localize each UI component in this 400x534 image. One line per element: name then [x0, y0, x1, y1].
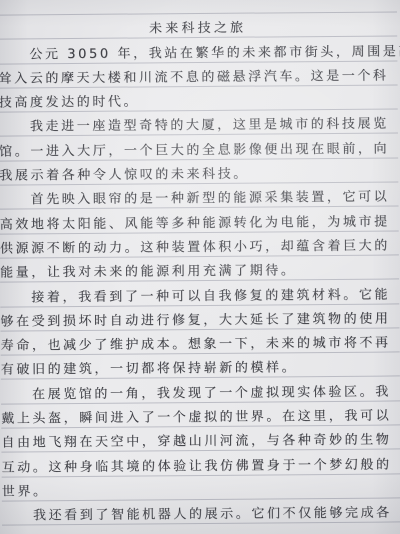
title-row: 未来科技之旅: [0, 12, 397, 39]
essay-line-row: 首先映入眼帘的是一种新型的能源采集装置，它可以: [0, 183, 399, 210]
essay-line-row: 接着，我看到了一种可以自我修复的建筑材料。它能: [0, 280, 399, 307]
essay-line-row: 戴上头盔，瞬间进入了一个虚拟的世界。在这里，我可以: [1, 401, 400, 428]
essay-line-row: 自由地飞翔在天空中，穿越山川河流，与各种奇妙的生物: [1, 425, 400, 452]
essay-line-row: 我走进一座造型奇特的大厦，这里是城市的科技展览: [0, 110, 398, 137]
handwritten-text: 高效地将太阳能、风能等多种能源转化为电能，为城市提: [0, 214, 390, 232]
essay-title: 未来科技之旅: [149, 21, 246, 37]
essay-line-row: 互动。这种身临其境的体验让我仿佛置身于一个梦幻般的: [1, 450, 400, 477]
essay-line-row: 够在受到损坏时自动进行修复，大大延长了建筑物的使用: [0, 304, 399, 331]
handwritten-text: 技高度发达的时代。: [0, 95, 139, 111]
essay-line-row: 高效地将太阳能、风能等多种能源转化为电能，为城市提: [0, 207, 399, 234]
handwritten-text: 世界。: [2, 484, 49, 499]
essay-line-row: 有破旧的建筑，一切都将保持崭新的模样。: [1, 353, 400, 380]
handwritten-text: 供源源不断的动力。这种装置体积小巧，却蕴含着巨大的: [0, 238, 390, 256]
ruled-paper: 未来科技之旅 公元 3050 年，我站在繁华的未来都市街头，周围是高耸入云的摩天…: [0, 0, 400, 534]
essay-line-row: 供源源不断的动力。这种装置体积小巧，却蕴含着巨大的: [0, 231, 399, 258]
essay-line-row: 寿命，也减少了维护成本。想象一下，未来的城市将不再: [0, 328, 399, 355]
handwritten-text: 戴上头盔，瞬间进入了一个虚拟的世界。在这里，我可以: [1, 409, 391, 427]
handwritten-text: 在展览馆的一角，我发现了一个虚拟现实体验区。我: [1, 384, 391, 402]
handwritten-text: 耸入云的摩天大楼和川流不息的磁悬浮汽车。这是一个科: [0, 68, 389, 86]
handwritten-text: 互动。这种身临其境的体验让我仿佛置身于一个梦幻般的: [2, 457, 392, 475]
handwritten-text: 我还看到了智能机器人的展示。它们不仅能够完成各: [2, 506, 392, 524]
handwritten-text: 馆。一进入大厅，一个巨大的全息影像便出现在眼前，向: [0, 141, 389, 159]
essay-line-row: 耸入云的摩天大楼和川流不息的磁悬浮汽车。这是一个科: [0, 61, 398, 88]
essay-line-row: 馆。一进入大厅，一个巨大的全息影像便出现在眼前，向: [0, 134, 398, 161]
essay-line-row: 能量，让我对未来的能源利用充满了期待。: [0, 255, 399, 282]
handwritten-text: 公元 3050 年，我站在繁华的未来都市街头，周围是高: [0, 44, 400, 62]
handwritten-text: 自由地飞翔在天空中，穿越山川河流，与各种奇妙的生物: [1, 433, 391, 451]
handwritten-text: 够在受到损坏时自动进行修复，大大延长了建筑物的使用: [0, 311, 390, 329]
handwritten-text: 首先映入眼帘的是一种新型的能源采集装置，它可以: [0, 190, 389, 208]
essay-line-row: 我还看到了智能机器人的展示。它们不仅能够完成各: [2, 498, 400, 525]
handwritten-text: 寿命，也减少了维护成本。想象一下，未来的城市将不再: [1, 336, 391, 354]
handwritten-text: 能量，让我对未来的能源利用充满了期待。: [0, 264, 296, 281]
essay-line-row: 我展示着各种令人惊叹的未来科技。: [0, 158, 398, 185]
notebook-photo: 未来科技之旅 公元 3050 年，我站在繁华的未来都市街头，周围是高耸入云的摩天…: [0, 0, 400, 534]
essay-line-row: 公元 3050 年，我站在繁华的未来都市街头，周围是高: [0, 37, 397, 64]
essay-line-row: 在展览馆的一角，我发现了一个虚拟现实体验区。我: [1, 377, 400, 404]
essay-line-row: 技高度发达的时代。: [0, 85, 398, 112]
handwritten-text: 有破旧的建筑，一切都将保持崭新的模样。: [1, 361, 298, 378]
handwritten-text: 接着，我看到了一种可以自我修复的建筑材料。它能: [0, 287, 390, 305]
handwritten-text: 我走进一座造型奇特的大厦，这里是城市的科技展览: [0, 117, 389, 135]
handwritten-text: 我展示着各种令人惊叹的未来科技。: [0, 167, 249, 184]
ruled-rows: 未来科技之旅 公元 3050 年，我站在繁华的未来都市街头，周围是高耸入云的摩天…: [0, 0, 400, 534]
essay-line-row: 世界。: [2, 474, 400, 501]
